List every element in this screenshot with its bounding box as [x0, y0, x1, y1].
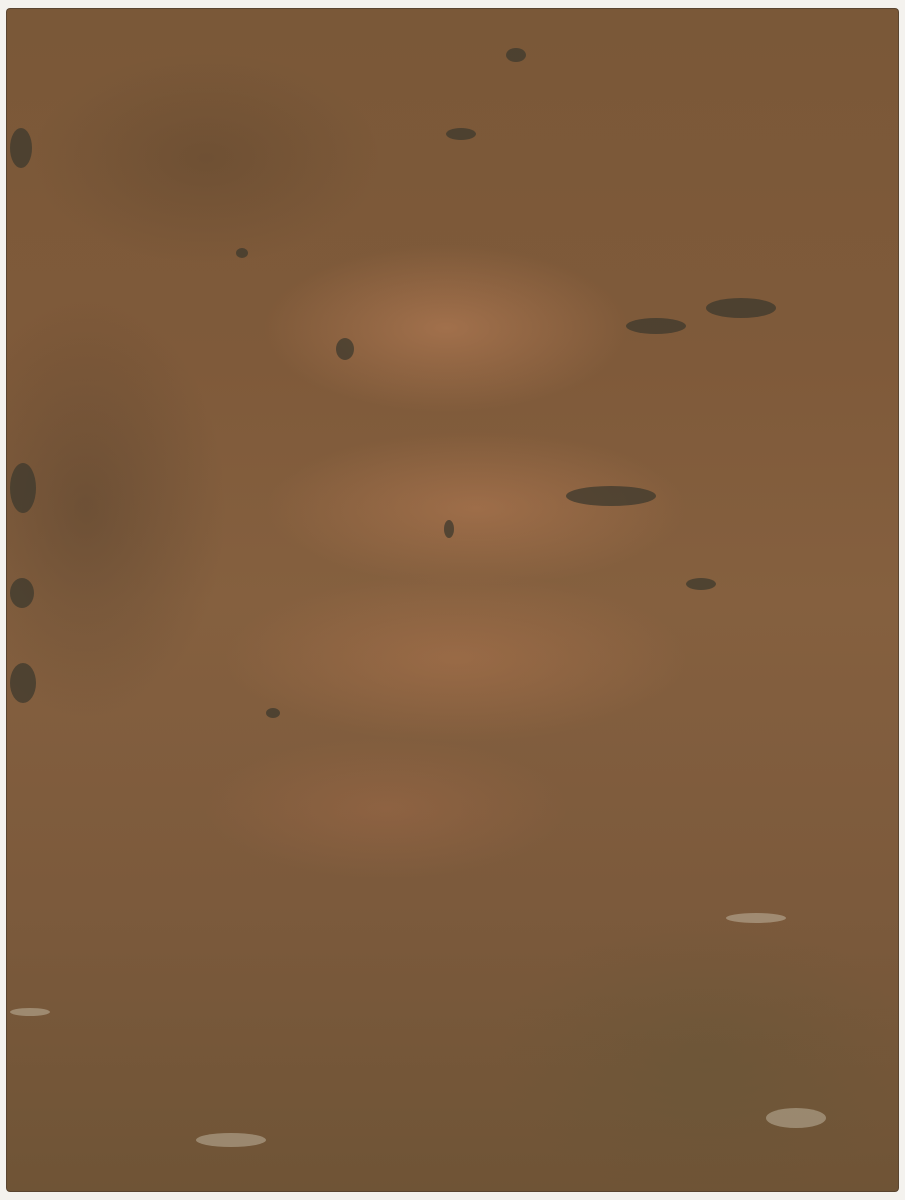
corrosion-spot: [444, 520, 454, 538]
residue-mark: [10, 1008, 50, 1016]
corrosion-spot: [626, 318, 686, 334]
residue-mark: [726, 913, 786, 923]
corrosion-spot: [10, 128, 32, 168]
corrosion-spot: [10, 578, 34, 608]
corrosion-spot: [10, 663, 36, 703]
residue-mark: [196, 1133, 266, 1147]
copper-plate: [6, 8, 899, 1192]
corrosion-spot: [446, 128, 476, 140]
corrosion-spot: [566, 486, 656, 506]
corrosion-spot: [236, 248, 248, 258]
corrosion-spot: [336, 338, 354, 360]
corrosion-spot: [686, 578, 716, 590]
corrosion-spot: [706, 298, 776, 318]
corrosion-spot: [506, 48, 526, 62]
residue-mark: [766, 1108, 826, 1128]
corrosion-spot: [266, 708, 280, 718]
corrosion-spot: [10, 463, 36, 513]
